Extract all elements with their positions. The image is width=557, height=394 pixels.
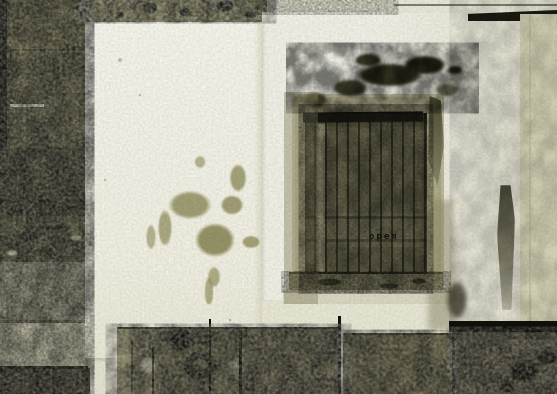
- wood-plank-column: [0, 0, 90, 394]
- paper-sheet-left: [85, 22, 262, 358]
- nail-line: [131, 340, 133, 394]
- collage-canvas: open: [0, 0, 557, 394]
- open-link[interactable]: open: [369, 232, 399, 242]
- nail-line: [338, 316, 341, 394]
- light-patch: [226, 354, 248, 380]
- texture-strip-top: [85, 0, 267, 22]
- nail-line: [209, 319, 211, 394]
- nail-line: [452, 321, 455, 394]
- plank-seam-line: [0, 49, 90, 51]
- texture-strip-bottom-left: [117, 327, 340, 394]
- texture-strip-bottom-mid: [343, 333, 453, 394]
- nail-line: [152, 346, 154, 394]
- stain-speckles: [85, 22, 262, 358]
- plaster-seam-line: [529, 14, 531, 330]
- white-band-top-right: [390, 0, 557, 13]
- rubble-texture: [0, 208, 90, 266]
- pale-plaster-column: [520, 14, 557, 330]
- decayed-plaster: [295, 46, 470, 114]
- black-top-bar: [449, 321, 557, 332]
- white-dash-mark: [10, 104, 44, 107]
- dark-edge-strip: [0, 0, 7, 148]
- hairline-top-right: [394, 4, 557, 6]
- texture-strip-bottom-right: [452, 330, 557, 394]
- dark-decay-blobs: [452, 330, 557, 394]
- nail-line: [239, 330, 242, 394]
- window-post: [317, 124, 325, 282]
- plank-seam-line: [0, 366, 88, 369]
- translucent-overlay: [284, 92, 318, 304]
- light-patch: [136, 354, 162, 378]
- plank-seam-line: [0, 320, 88, 323]
